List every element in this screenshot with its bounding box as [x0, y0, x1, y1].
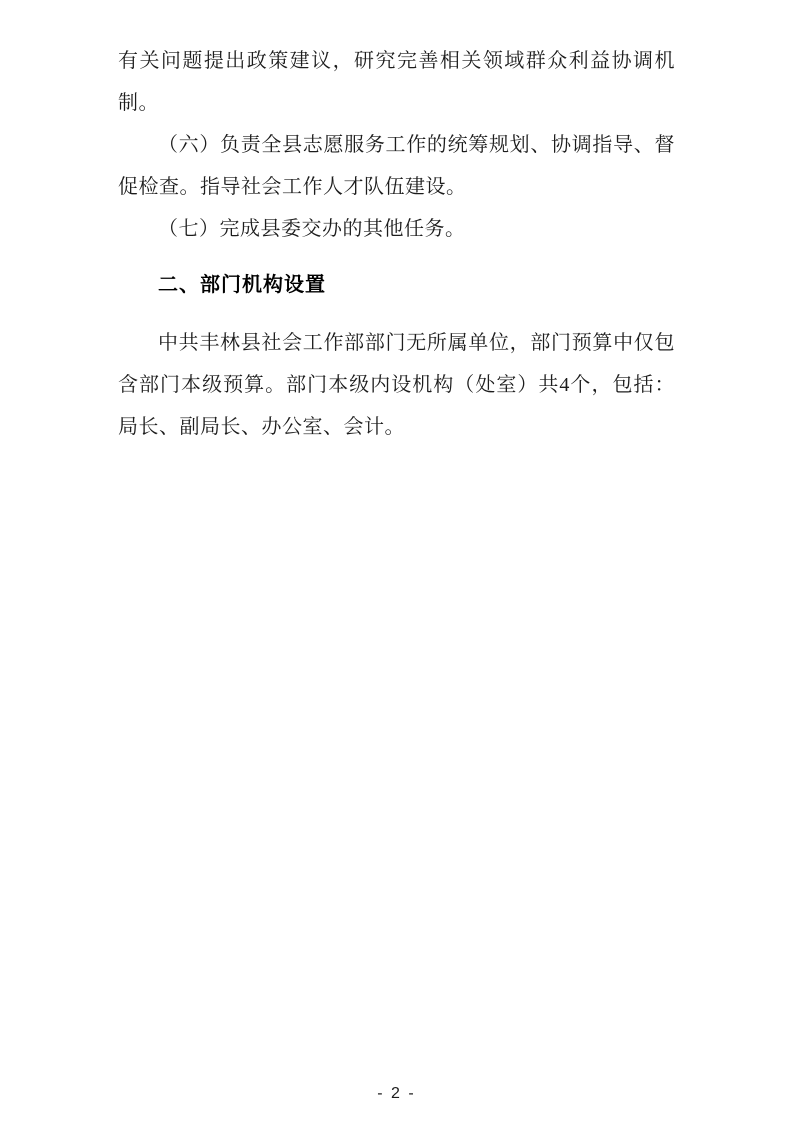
document-body: 有关问题提出政策建议，研究完善相关领域群众利益协调机制。 （六）负责全县志愿服务…: [118, 40, 675, 448]
paragraph-item-six: （六）负责全县志愿服务工作的统筹规划、协调指导、督促检查。指导社会工作人才队伍建…: [118, 124, 675, 208]
section-heading-org-setup: 二、部门机构设置: [118, 264, 675, 306]
paragraph-org-structure: 中共丰林县社会工作部部门无所属单位，部门预算中仅包含部门本级预算。部门本级内设机…: [118, 322, 675, 448]
paragraph-item-seven: （七）完成县委交办的其他任务。: [118, 208, 675, 250]
document-page: 有关问题提出政策建议，研究完善相关领域群众利益协调机制。 （六）负责全县志愿服务…: [0, 0, 793, 1122]
page-footer: - 2 -: [0, 1085, 793, 1103]
paragraph-continuation: 有关问题提出政策建议，研究完善相关领域群众利益协调机制。: [118, 40, 675, 124]
page-number: - 2 -: [377, 1085, 415, 1102]
